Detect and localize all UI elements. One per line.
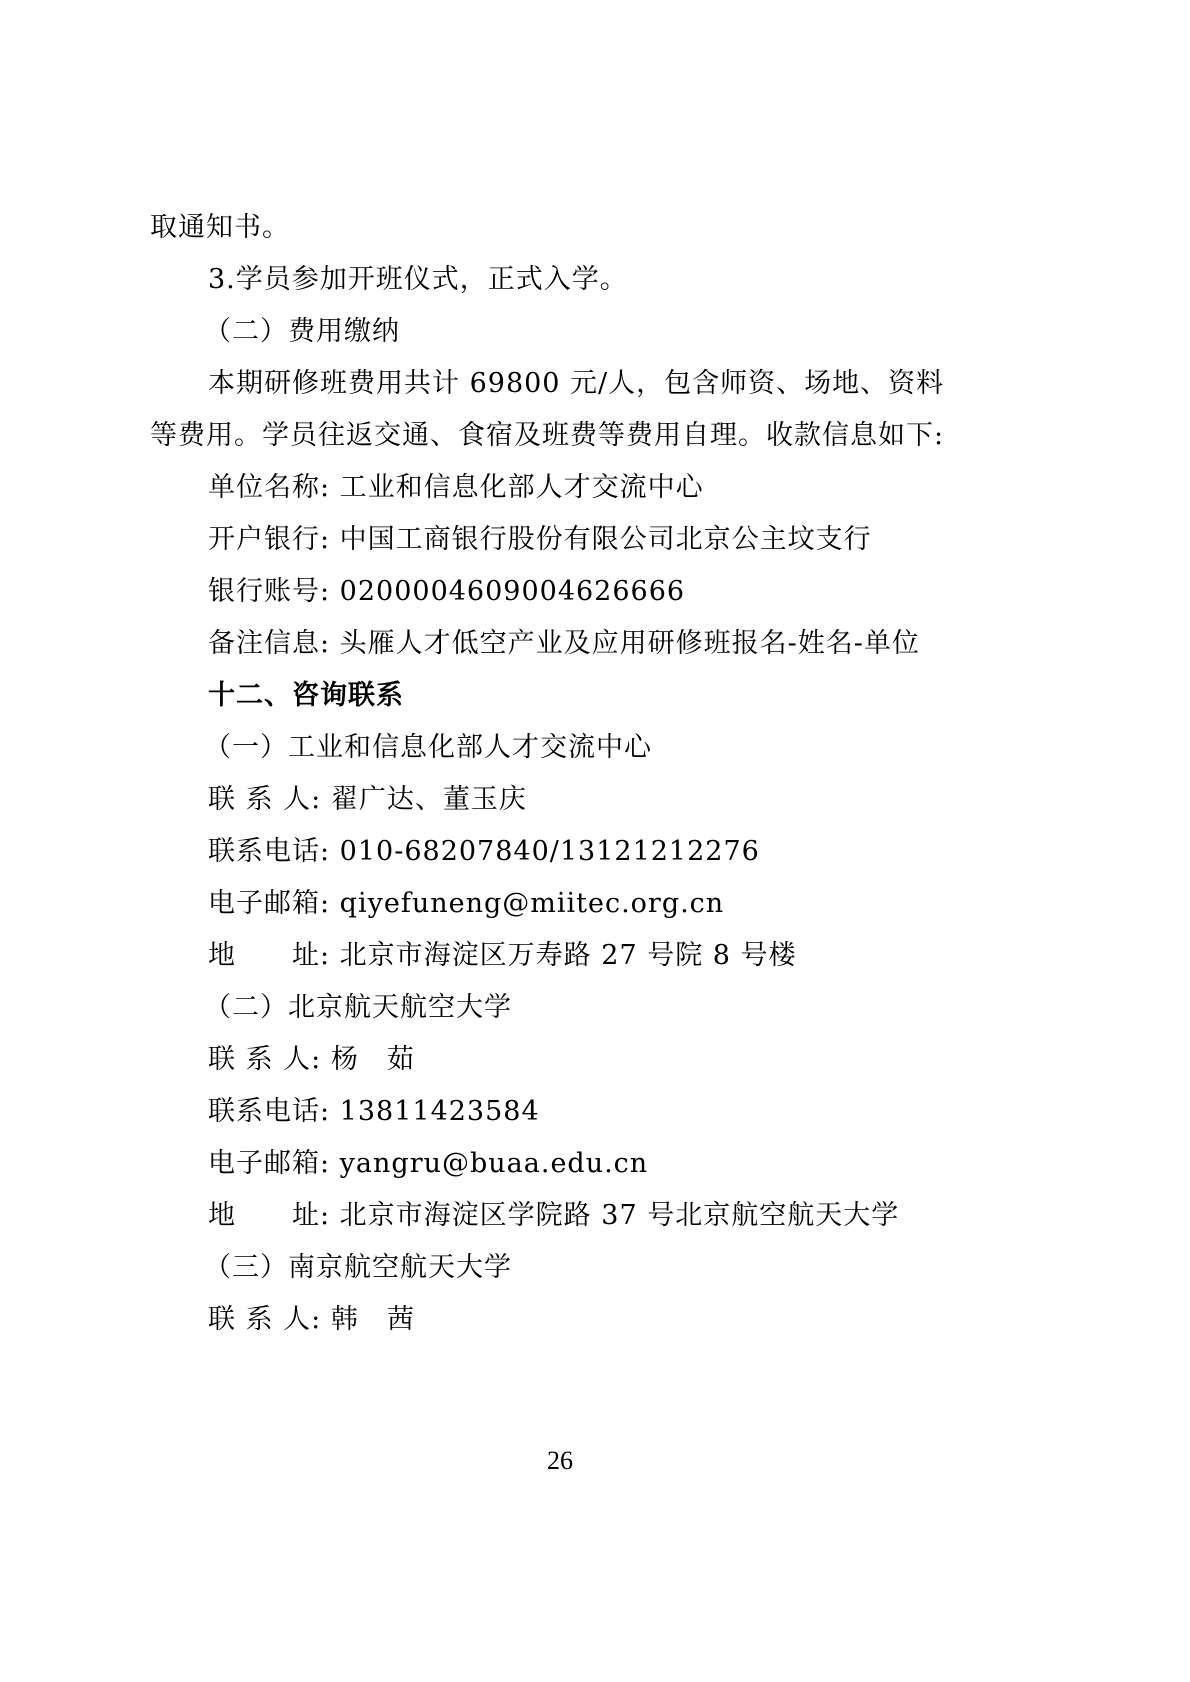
text-line: 取通知书。 (150, 212, 290, 244)
text-line: 本期研修班费用共计 69800 元/人，包含师资、场地、资料 (208, 368, 944, 400)
subsection-heading: （二）北京航天航空大学 (204, 992, 512, 1024)
text-line: 等费用。学员往返交通、食宿及班费等费用自理。收款信息如下: (150, 420, 944, 452)
contact-phone: 联系电话: 010-68207840/13121212276 (208, 836, 760, 868)
contact-phone: 联系电话: 13811423584 (208, 1096, 540, 1128)
contact-email: 电子邮箱: yangru@buaa.edu.cn (208, 1148, 648, 1180)
subsection-heading: （二）费用缴纳 (204, 316, 400, 348)
section-heading: 十二、咨询联系 (208, 680, 404, 712)
subsection-heading: （一）工业和信息化部人才交流中心 (204, 732, 652, 764)
page-number: 26 (0, 1446, 1120, 1476)
text-line: 3.学员参加开班仪式，正式入学。 (208, 264, 628, 296)
contact-address: 地 址: 北京市海淀区学院路 37 号北京航空航天大学 (208, 1200, 899, 1232)
contact-person: 联 系 人: 翟广达、董玉庆 (208, 784, 527, 816)
payee-name: 单位名称: 工业和信息化部人才交流中心 (208, 472, 704, 504)
contact-address: 地 址: 北京市海淀区万寿路 27 号院 8 号楼 (208, 940, 797, 972)
contact-email: 电子邮箱: qiyefuneng@miitec.org.cn (208, 888, 724, 920)
contact-person: 联 系 人: 杨 茹 (208, 1044, 415, 1076)
subsection-heading: （三）南京航空航天大学 (204, 1252, 512, 1284)
bank-account: 银行账号: 0200004609004626666 (208, 576, 685, 608)
bank-name: 开户银行: 中国工商银行股份有限公司北京公主坟支行 (208, 524, 872, 556)
contact-person: 联 系 人: 韩 茜 (208, 1304, 415, 1336)
payment-remark: 备注信息: 头雁人才低空产业及应用研修班报名-姓名-单位 (208, 628, 920, 660)
